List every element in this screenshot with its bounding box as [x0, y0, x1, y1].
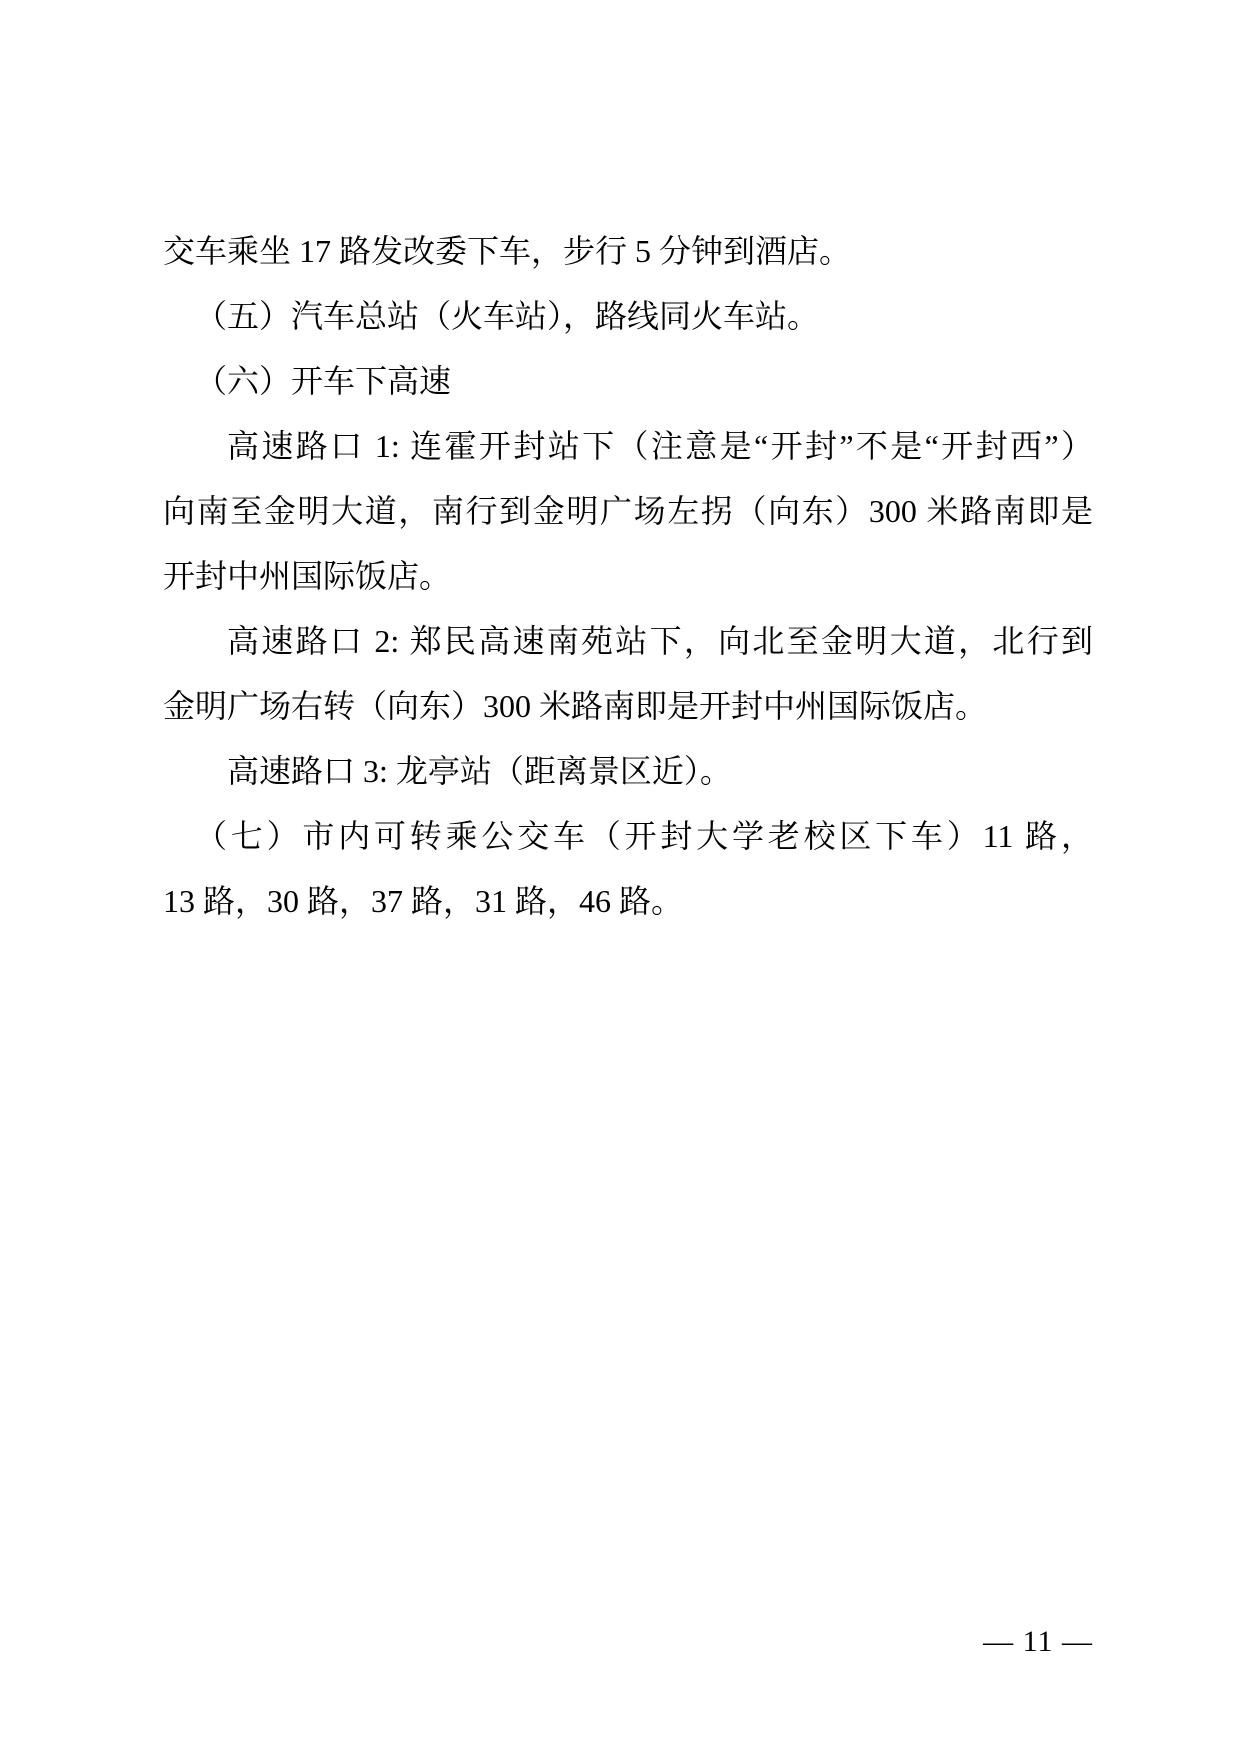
document-body: 交车乘坐 17 路发改委下车，步行 5 分钟到酒店。（五）汽车总站（火车站），路… [163, 219, 1093, 934]
text-line: 向南至金明大道，南行到金明广场左拐（向东）300 米路南即是 [163, 479, 1093, 544]
text-line: （七）市内可转乘公交车（开封大学老校区下车）11 路， [163, 804, 1093, 869]
text-line: 13 路，30 路，37 路，31 路，46 路。 [163, 869, 1093, 934]
text-line: 高速路口 1: 连霍开封站下（注意是“开封”不是“开封西”） [163, 414, 1093, 479]
page-number: — 11 — [983, 1625, 1093, 1658]
document-page: 交车乘坐 17 路发改委下车，步行 5 分钟到酒店。（五）汽车总站（火车站），路… [0, 0, 1241, 1754]
text-line: 高速路口 3: 龙亭站（距离景区近）。 [163, 739, 1093, 804]
text-line: （六）开车下高速 [163, 349, 1093, 414]
text-line: 高速路口 2: 郑民高速南苑站下，向北至金明大道，北行到 [163, 609, 1093, 674]
page-footer: — 11 — [0, 1622, 1093, 1662]
text-line: 开封中州国际饭店。 [163, 544, 1093, 609]
text-line: 金明广场右转（向东）300 米路南即是开封中州国际饭店。 [163, 674, 1093, 739]
text-line: （五）汽车总站（火车站），路线同火车站。 [163, 284, 1093, 349]
text-line: 交车乘坐 17 路发改委下车，步行 5 分钟到酒店。 [163, 219, 1093, 284]
